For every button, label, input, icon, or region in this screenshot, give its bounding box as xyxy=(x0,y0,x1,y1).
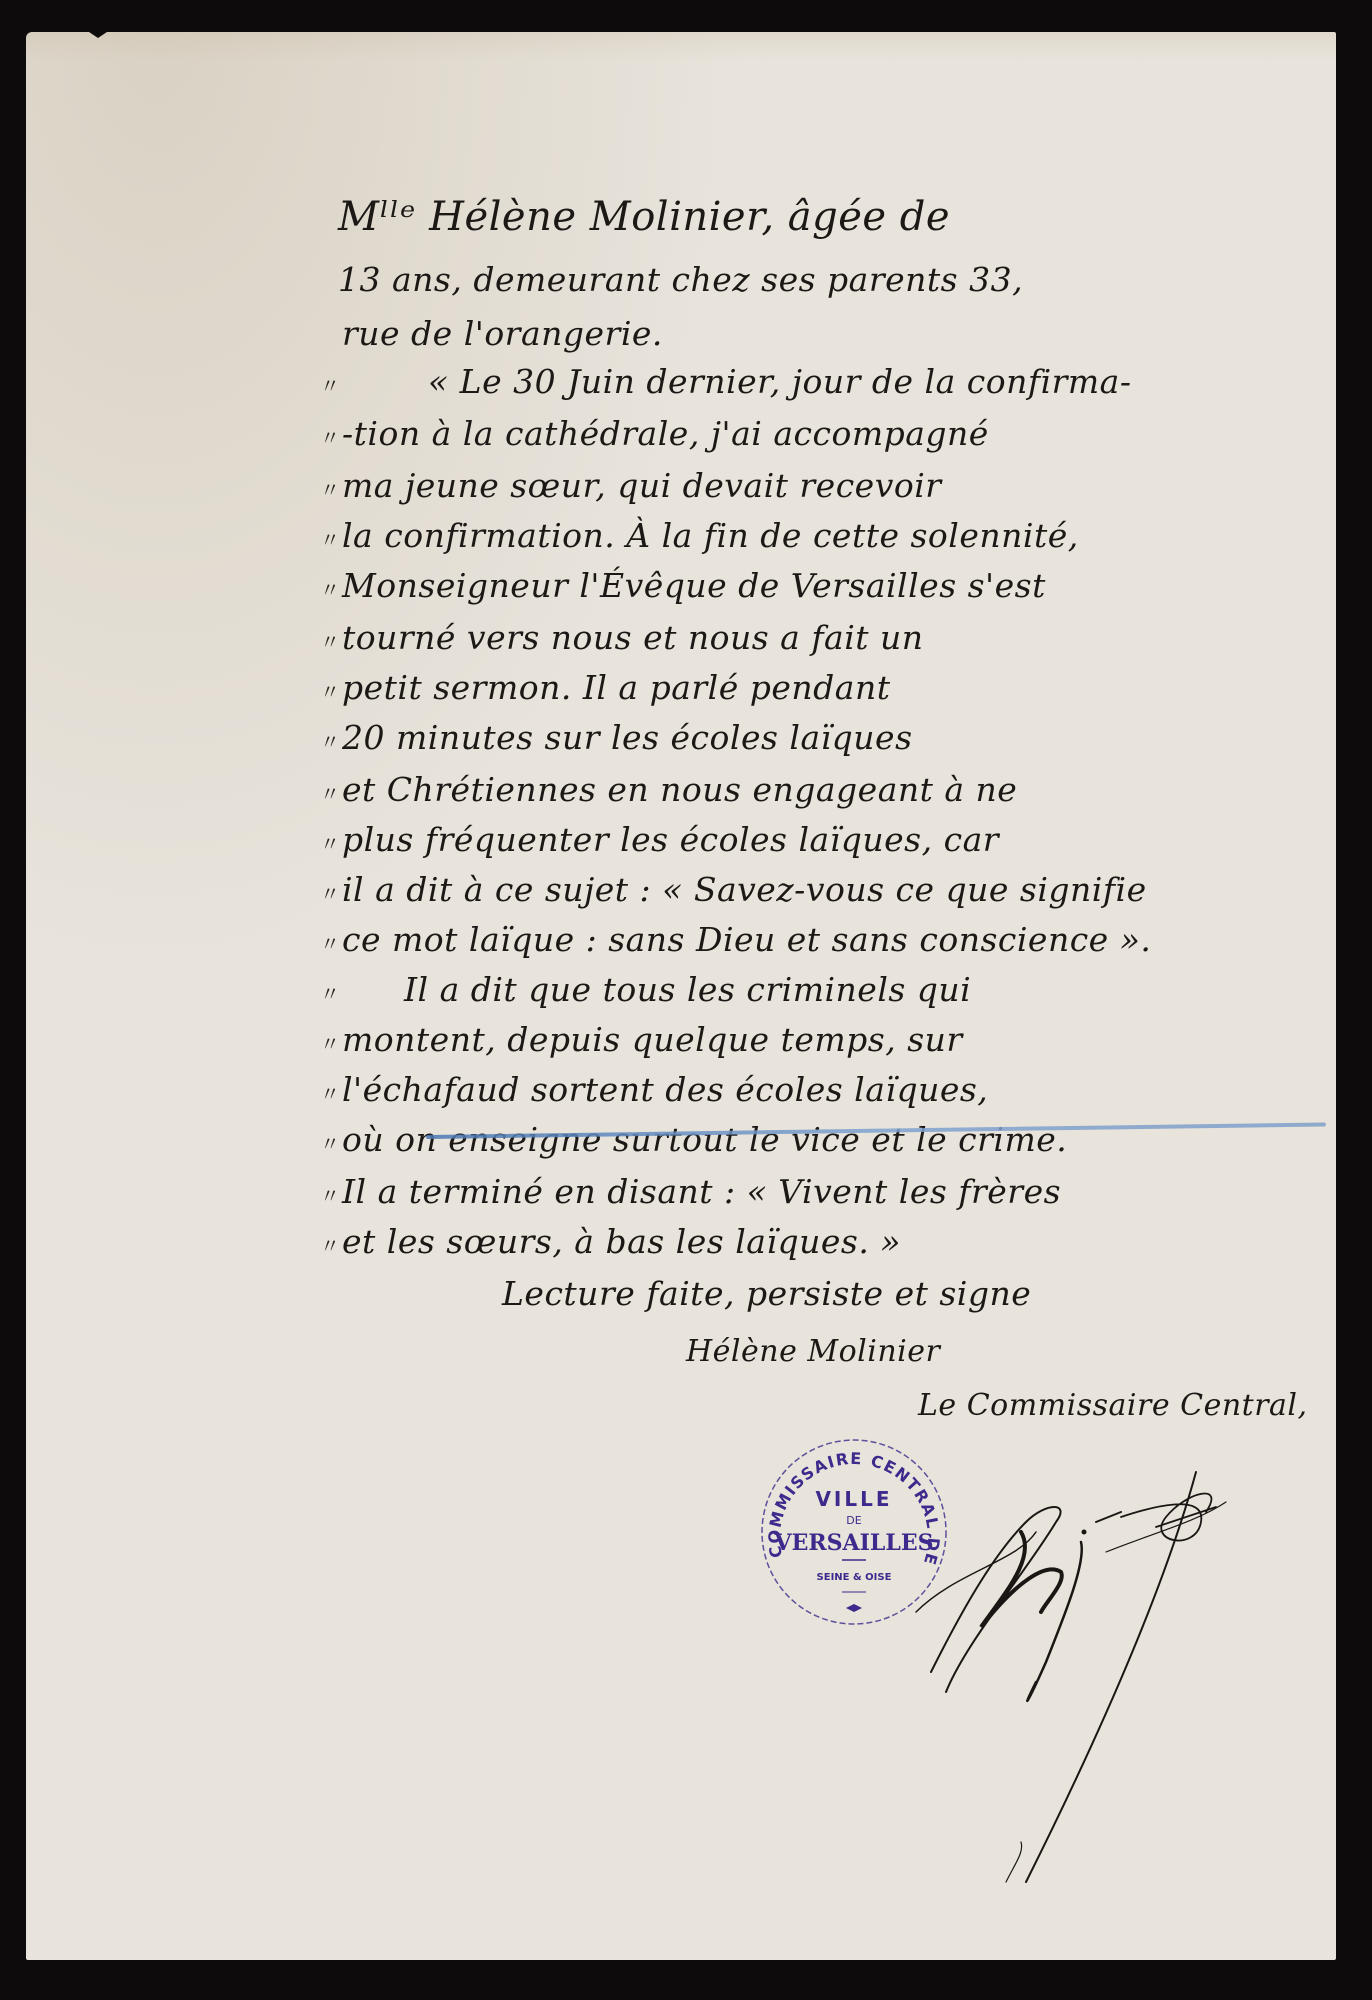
margin-quote-mark: 〃 xyxy=(320,524,340,553)
margin-quote-mark: 〃 xyxy=(320,1028,340,1057)
margin-quote-mark: 〃 xyxy=(320,474,340,503)
body-line-17: l'échafaud sortent des écoles laïques, xyxy=(342,1070,988,1110)
margin-quote-mark: 〃 xyxy=(320,574,340,603)
margin-quote-mark: 〃 xyxy=(320,422,340,451)
body-line-19: Il a terminé en disant : « Vivent les fr… xyxy=(342,1172,1061,1212)
document-page: Mˡˡᵉ Hélène Molinier, âgée de 13 ans, de… xyxy=(26,32,1336,1960)
body-line-20: et les sœurs, à bas les laïques. » xyxy=(342,1222,901,1262)
body-line-3: « Le 30 Juin dernier, jour de la confirm… xyxy=(428,362,1132,402)
svg-text:DE: DE xyxy=(846,1514,861,1527)
official-title: Le Commissaire Central, xyxy=(918,1388,1308,1423)
body-line-11: et Chrétiennes en nous engageant à ne xyxy=(342,770,1017,810)
body-line-16: montent, depuis quelque temps, sur xyxy=(342,1020,963,1060)
body-line-15: Il a dit que tous les criminels qui xyxy=(404,970,971,1010)
body-line-10: 20 minutes sur les écoles laïques xyxy=(342,718,913,758)
body-line-5: ma jeune sœur, qui devait recevoir xyxy=(342,466,942,506)
margin-quote-mark: 〃 xyxy=(320,370,340,399)
body-line-8: tourné vers nous et nous a fait un xyxy=(342,618,924,658)
margin-quote-mark: 〃 xyxy=(320,1128,340,1157)
margin-quote-mark: 〃 xyxy=(320,1180,340,1209)
body-line-9: petit sermon. Il a parlé pendant xyxy=(342,668,890,708)
body-line-12: plus fréquenter les écoles laïques, car xyxy=(342,820,999,860)
margin-quote-mark: 〃 xyxy=(320,928,340,957)
body-line-7: Monseigneur l'Évêque de Versailles s'est xyxy=(342,566,1046,606)
body-line-1: 13 ans, demeurant chez ses parents 33, xyxy=(338,260,1023,300)
margin-quote-mark: 〃 xyxy=(320,726,340,755)
svg-text:VILLE: VILLE xyxy=(815,1487,892,1511)
body-line-2: rue de l'orangerie. xyxy=(342,314,663,354)
margin-quote-mark: 〃 xyxy=(320,1230,340,1259)
svg-text:SEINE & OISE: SEINE & OISE xyxy=(817,1572,892,1583)
witness-signature: Hélène Molinier xyxy=(686,1334,940,1369)
margin-quote-mark: 〃 xyxy=(320,978,340,1007)
margin-quote-mark: 〃 xyxy=(320,828,340,857)
margin-quote-mark: 〃 xyxy=(320,626,340,655)
body-line-14: ce mot laïque : sans Dieu et sans consci… xyxy=(342,920,1151,960)
margin-quote-mark: 〃 xyxy=(320,1078,340,1107)
signature-flourish-icon xyxy=(906,1462,1346,1902)
margin-quote-mark: 〃 xyxy=(320,778,340,807)
body-line-6: la confirmation. À la fin de cette solen… xyxy=(342,516,1079,556)
margin-quote-mark: 〃 xyxy=(320,676,340,705)
body-line-4: -tion à la cathédrale, j'ai accompagné xyxy=(342,414,989,454)
closing-line: Lecture faite, persiste et signe xyxy=(502,1274,1031,1314)
paper-notch xyxy=(86,30,110,38)
margin-quote-mark: 〃 xyxy=(320,878,340,907)
commissaire-signature xyxy=(906,1462,1346,1902)
body-line-13: il a dit à ce sujet : « Savez-vous ce qu… xyxy=(342,870,1147,910)
heading-line: Mˡˡᵉ Hélène Molinier, âgée de xyxy=(338,192,950,242)
body-line-18: où on enseigne surtout le vice et le cri… xyxy=(342,1120,1067,1160)
